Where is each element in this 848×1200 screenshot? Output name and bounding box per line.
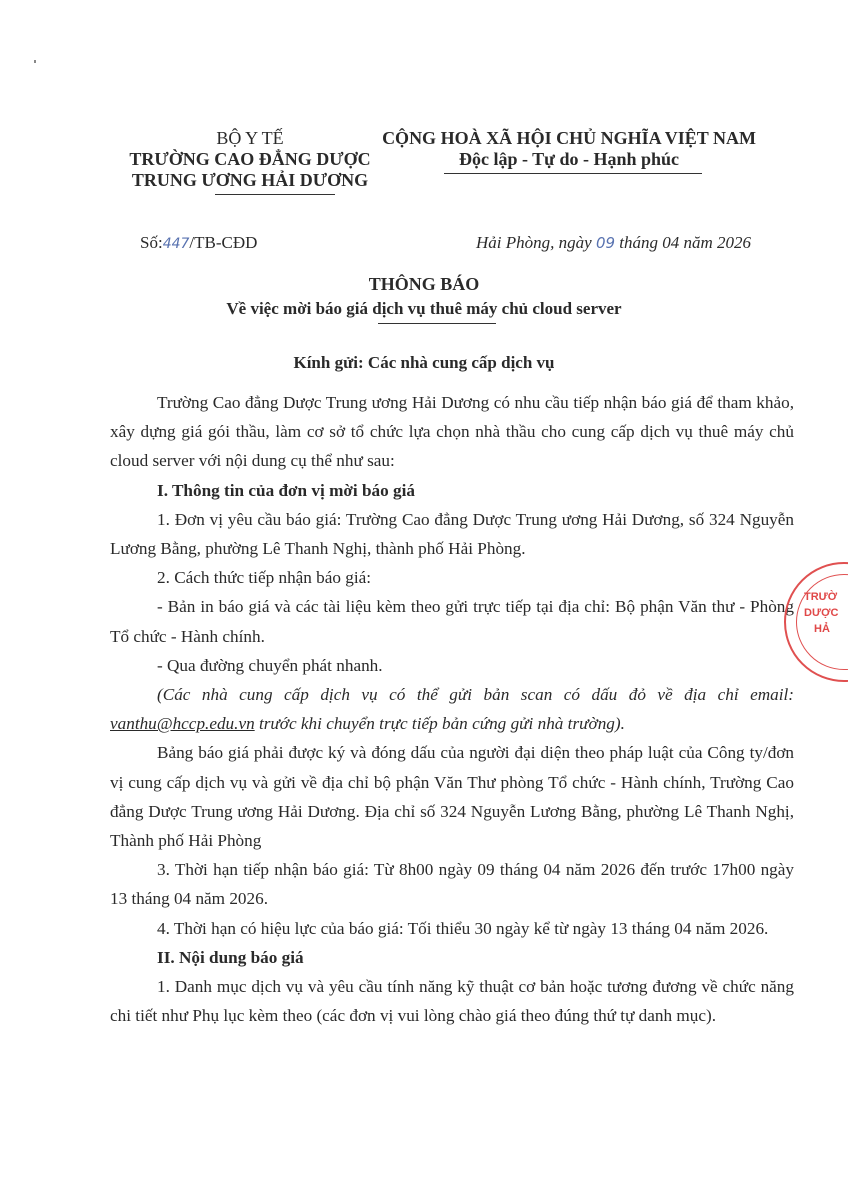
signing-paragraph: Bảng báo giá phải được ký và đóng dấu củ…	[110, 738, 794, 855]
note-suffix: trước khi chuyển trực tiếp bản cứng gửi …	[255, 714, 625, 733]
document-number: Số:447/TB-CĐD	[140, 233, 257, 253]
document-subtitle: Về việc mời báo giá dịch vụ thuê máy chủ…	[0, 299, 848, 319]
section1-item3: 3. Thời hạn tiếp nhận báo giá: Từ 8h00 n…	[110, 855, 794, 913]
document-title: THÔNG BÁO	[0, 274, 848, 295]
email-link[interactable]: vanthu@hccp.edu.vn	[110, 714, 255, 733]
intro-paragraph: Trường Cao đẳng Dược Trung ương Hải Dươn…	[110, 388, 794, 476]
school-name-line2: TRUNG ƯƠNG HẢI DƯƠNG	[100, 170, 400, 191]
document-body: Trường Cao đẳng Dược Trung ương Hải Dươn…	[110, 388, 794, 1030]
scan-speck	[34, 60, 36, 63]
motto-divider	[444, 173, 702, 174]
issuer-header: BỘ Y TẾ TRƯỜNG CAO ĐẲNG DƯỢC TRUNG ƯƠNG …	[100, 128, 400, 195]
number-prefix: Số:	[140, 233, 163, 252]
section1-item1: 1. Đơn vị yêu cầu báo giá: Trường Cao đẳ…	[110, 505, 794, 563]
delivery-bullet-1: - Bản in báo giá và các tài liệu kèm the…	[110, 592, 794, 650]
section2-item1: 1. Danh mục dịch vụ và yêu cầu tính năng…	[110, 972, 794, 1030]
email-note: (Các nhà cung cấp dịch vụ có thể gửi bản…	[110, 680, 794, 738]
date-suffix: tháng 04 năm 2026	[615, 233, 751, 252]
country-name: CỘNG HOÀ XÃ HỘI CHỦ NGHĨA VIỆT NAM	[372, 128, 766, 149]
seal-text-line2: DƯỢC	[804, 606, 838, 620]
seal-text-line3: HẢ	[814, 622, 830, 636]
delivery-bullet-2: - Qua đường chuyển phát nhanh.	[110, 651, 794, 680]
section1-item2: 2. Cách thức tiếp nhận báo giá:	[110, 563, 794, 592]
date-prefix: Hải Phòng, ngày	[476, 233, 596, 252]
section2-heading: II. Nội dung báo giá	[110, 943, 794, 972]
section1-item4: 4. Thời hạn có hiệu lực của báo giá: Tối…	[110, 914, 794, 943]
header-divider	[215, 194, 335, 195]
salutation: Kính gửi: Các nhà cung cấp dịch vụ	[0, 353, 848, 373]
ministry-name: BỘ Y TẾ	[100, 128, 400, 149]
note-prefix: (Các nhà cung cấp dịch vụ có thể gửi bản…	[157, 685, 794, 704]
national-motto: Độc lập - Tự do - Hạnh phúc	[372, 149, 766, 170]
number-suffix: /TB-CĐD	[189, 233, 257, 252]
school-name-line1: TRƯỜNG CAO ĐẲNG DƯỢC	[100, 149, 400, 170]
handwritten-day: 09	[596, 234, 615, 252]
handwritten-number: 447	[163, 236, 190, 252]
subtitle-divider	[378, 323, 496, 324]
seal-text-line1: TRƯỜ	[804, 590, 837, 604]
national-header: CỘNG HOÀ XÃ HỘI CHỦ NGHĨA VIỆT NAM Độc l…	[372, 128, 766, 174]
section1-heading: I. Thông tin của đơn vị mời báo giá	[110, 476, 794, 505]
date-line: Hải Phòng, ngày 09 tháng 04 năm 2026	[476, 233, 751, 253]
